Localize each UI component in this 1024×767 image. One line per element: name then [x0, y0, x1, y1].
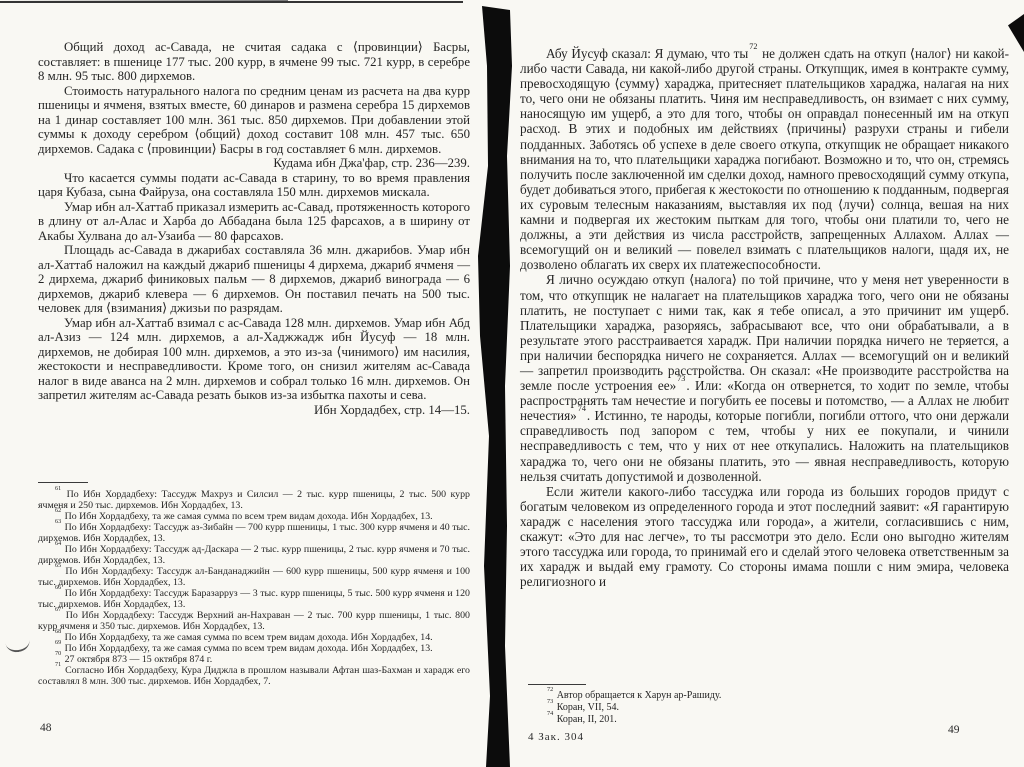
footnote: 70 27 октября 873 — 15 октября 874 г. [38, 654, 470, 665]
footnote-number: 72 [546, 686, 554, 693]
body-paragraph: Площадь ас-Савада в джарибах составляла … [38, 243, 470, 316]
footnote-number: 69 [54, 640, 62, 646]
footnote: 68 По Ибн Хордадбеху, та же самая сумма … [38, 632, 470, 643]
printer-signature-mark: 4 Зак. 304 [528, 731, 584, 743]
margin-pen-mark [5, 638, 30, 653]
body-paragraph: Если жители какого-либо тассуджа или гор… [520, 484, 1009, 590]
body-paragraph: Общий доход ас-Савада, не считая садака … [38, 40, 470, 84]
source-citation: Кудама ибн Джа'фар, стр. 236—239. [38, 156, 470, 171]
scan-corner-artifact [1008, 14, 1024, 52]
footnote: 65 По Ибн Хордадбеху: Тассудж ал-Бандана… [38, 566, 470, 588]
page-number: 49 [948, 724, 960, 736]
body-paragraph: Умар ибн ал-Хаттаб взимал с ас-Савада 12… [38, 316, 470, 403]
footnote-number: 67 [54, 607, 62, 613]
footnote: 63 По Ибн Хордадбеху: Тассудж аз-Зибайн … [38, 522, 470, 544]
footnote-separator-rule [38, 482, 88, 483]
footnote-number: 74 [546, 710, 554, 717]
source-citation: Ибн Хордадбех, стр. 14—15. [38, 403, 470, 418]
footnote: 67 По Ибн Хордадбеху: Тассудж Верхний ан… [38, 610, 470, 632]
body-paragraph: Абу Йусуф сказал: Я думаю, что ты72 не д… [520, 46, 1009, 272]
footnote-number: 66 [54, 585, 62, 591]
footnote: 71 Согласно Ибн Хордадбеху, Кура Диджла … [38, 665, 470, 687]
footnote-number: 64 [54, 541, 62, 547]
body-paragraph: Что касается суммы подати ас-Савада в ст… [38, 171, 470, 200]
left-page-body: Общий доход ас-Савада, не считая садака … [38, 40, 470, 417]
footnote: 73 Коран, VII, 54. [528, 702, 968, 714]
footnote: 66 По Ибн Хордадбеху: Тассудж Баразарруз… [38, 588, 470, 610]
footnote-number: 61 [54, 486, 62, 492]
footnote: 64 По Ибн Хордадбеху: Тассудж ад-Даскара… [38, 544, 470, 566]
footnote-number: 62 [54, 508, 62, 514]
footnote-number: 63 [54, 519, 62, 525]
footnote: 69 По Ибн Хордадбеху, та же самая сумма … [38, 643, 470, 654]
footnote-number: 65 [54, 563, 62, 569]
page-edge-line [0, 1, 463, 3]
footnote-number: 70 [54, 651, 62, 657]
right-page-footnotes: 72 Автор обращается к Харун ар-Рашиду.73… [528, 690, 968, 727]
book-gutter-shadow [474, 6, 516, 767]
footnote-ref: 72 [748, 42, 758, 51]
footnote-number: 73 [546, 698, 554, 705]
body-paragraph: Я лично осуждаю откуп ⟨налога⟩ по той пр… [520, 272, 1009, 483]
footnote-number: 68 [54, 629, 62, 635]
right-page-body: Абу Йусуф сказал: Я думаю, что ты72 не д… [520, 46, 1009, 589]
body-paragraph: Умар ибн ал-Хаттаб приказал измерить ас-… [38, 200, 470, 244]
footnote-ref: 73 [676, 374, 686, 383]
footnote-number: 71 [54, 662, 62, 668]
body-paragraph: Стоимость натурального налога по средним… [38, 84, 470, 157]
page-number: 48 [40, 722, 52, 734]
footnote: 61 По Ибн Хордадбеху: Тассудж Махруз и С… [38, 489, 470, 511]
footnote: 62 По Ибн Хордадбеху, та же самая сумма … [38, 511, 470, 522]
footnote-ref: 74 [577, 404, 587, 413]
footnote-separator-rule [528, 684, 586, 685]
left-page-footnotes: 61 По Ибн Хордадбеху: Тассудж Махруз и С… [38, 489, 470, 687]
footnote: 74 Коран, II, 201. [528, 714, 968, 726]
footnote: 72 Автор обращается к Харун ар-Рашиду. [528, 690, 968, 702]
